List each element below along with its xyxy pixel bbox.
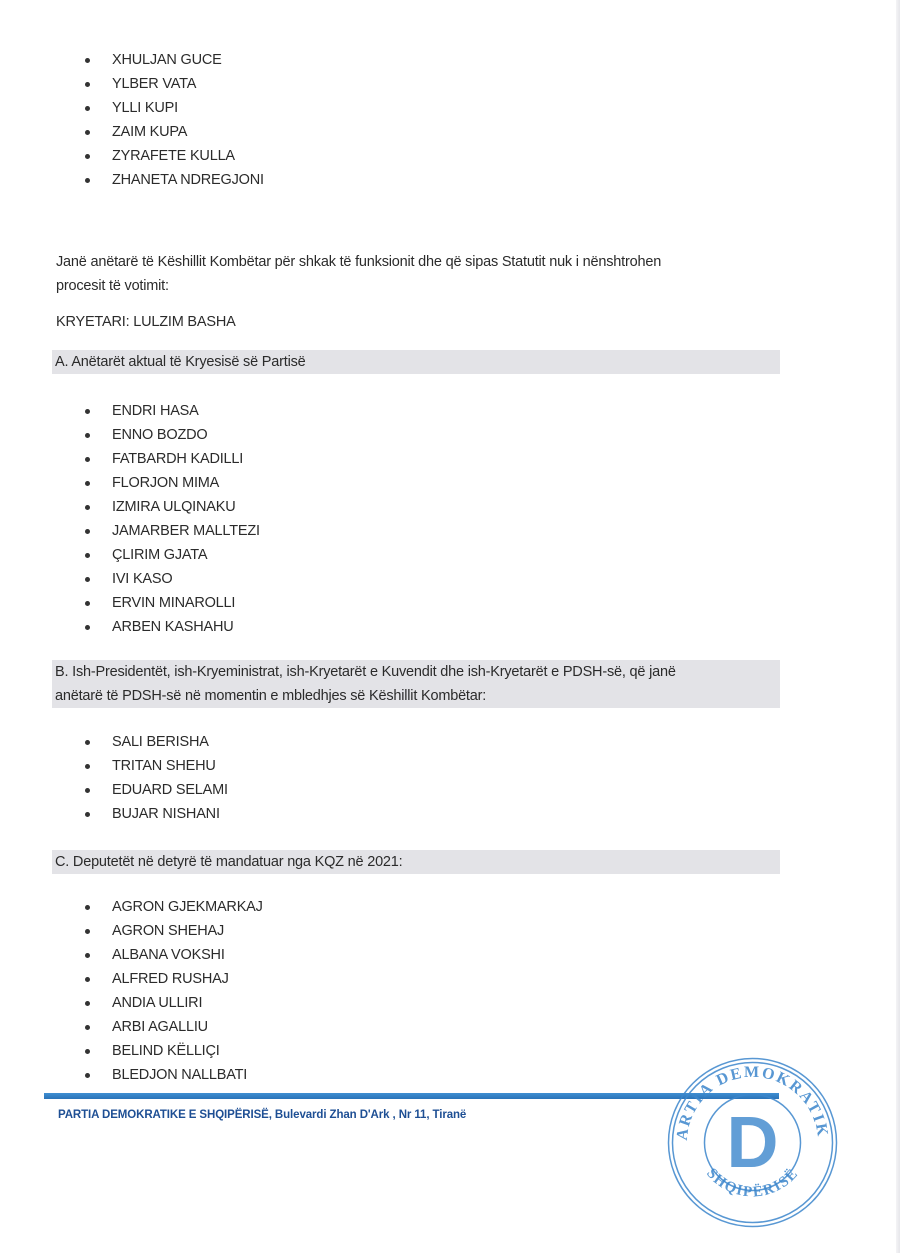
intro-paragraph-line2: procesit të votimit: (56, 274, 169, 298)
member-list-item: IZMIRA ULQINAKU (85, 495, 260, 519)
member-list-item: JAMARBER MALLTEZI (85, 519, 260, 543)
member-list-item: ZAIM KUPA (85, 120, 264, 144)
member-list-item: ANDIA ULLIRI (85, 991, 263, 1015)
member-list-item: FATBARDH KADILLI (85, 447, 260, 471)
member-list-item: YLBER VATA (85, 72, 264, 96)
member-list-item: BLEDJON NALLBATI (85, 1063, 263, 1087)
member-list-item: ENNO BOZDO (85, 423, 260, 447)
member-list-item: FLORJON MIMA (85, 471, 260, 495)
stamp-d-logo-icon: D (727, 1103, 779, 1183)
member-list-item: ALBANA VOKSHI (85, 943, 263, 967)
member-list-item: ARBI AGALLIU (85, 1015, 263, 1039)
section-c-heading: C. Deputetët në detyrë të mandatuar nga … (52, 850, 780, 874)
member-list-item: XHULJAN GUCE (85, 48, 264, 72)
section-a-heading: A. Anëtarët aktual të Kryesisë së Partis… (52, 350, 780, 374)
member-list-item: BUJAR NISHANI (85, 802, 228, 826)
intro-paragraph-line1: Janë anëtarë të Këshillit Kombëtar për s… (56, 250, 661, 274)
section-b-heading-line1: B. Ish-Presidentët, ish-Kryeministrat, i… (55, 660, 780, 684)
member-list-item: ALFRED RUSHAJ (85, 967, 263, 991)
member-list-item: BELIND KËLLIÇI (85, 1039, 263, 1063)
section-c-member-list: AGRON GJEKMARKAJAGRON SHEHAJALBANA VOKSH… (85, 895, 263, 1087)
chairman-line: KRYETARI: LULZIM BASHA (56, 310, 236, 334)
continuation-member-list: XHULJAN GUCEYLBER VATAYLLI KUPIZAIM KUPA… (85, 48, 264, 192)
member-list-item: SALI BERISHA (85, 730, 228, 754)
member-list-item: ERVIN MINAROLLI (85, 591, 260, 615)
member-list-item: IVI KASO (85, 567, 260, 591)
member-list-item: AGRON GJEKMARKAJ (85, 895, 263, 919)
member-list-item: EDUARD SELAMI (85, 778, 228, 802)
member-list-item: ENDRI HASA (85, 399, 260, 423)
page-edge (896, 0, 900, 1253)
section-b-heading-line2: anëtarë të PDSH-së në momentin e mbledhj… (55, 684, 780, 708)
section-b-member-list: SALI BERISHATRITAN SHEHUEDUARD SELAMIBUJ… (85, 730, 228, 826)
member-list-item: ARBEN KASHAHU (85, 615, 260, 639)
member-list-item: ZYRAFETE KULLA (85, 144, 264, 168)
member-list-item: ZHANETA NDREGJONI (85, 168, 264, 192)
party-seal-stamp: PARTIA DEMOKRATIKE SHQIPËRISË D (665, 1055, 840, 1230)
member-list-item: TRITAN SHEHU (85, 754, 228, 778)
section-a-member-list: ENDRI HASAENNO BOZDOFATBARDH KADILLIFLOR… (85, 399, 260, 639)
member-list-item: AGRON SHEHAJ (85, 919, 263, 943)
member-list-item: ÇLIRIM GJATA (85, 543, 260, 567)
footer-address: PARTIA DEMOKRATIKE E SHQIPËRISË, Bulevar… (58, 1109, 466, 1121)
member-list-item: YLLI KUPI (85, 96, 264, 120)
section-b-heading: B. Ish-Presidentët, ish-Kryeministrat, i… (52, 660, 780, 708)
